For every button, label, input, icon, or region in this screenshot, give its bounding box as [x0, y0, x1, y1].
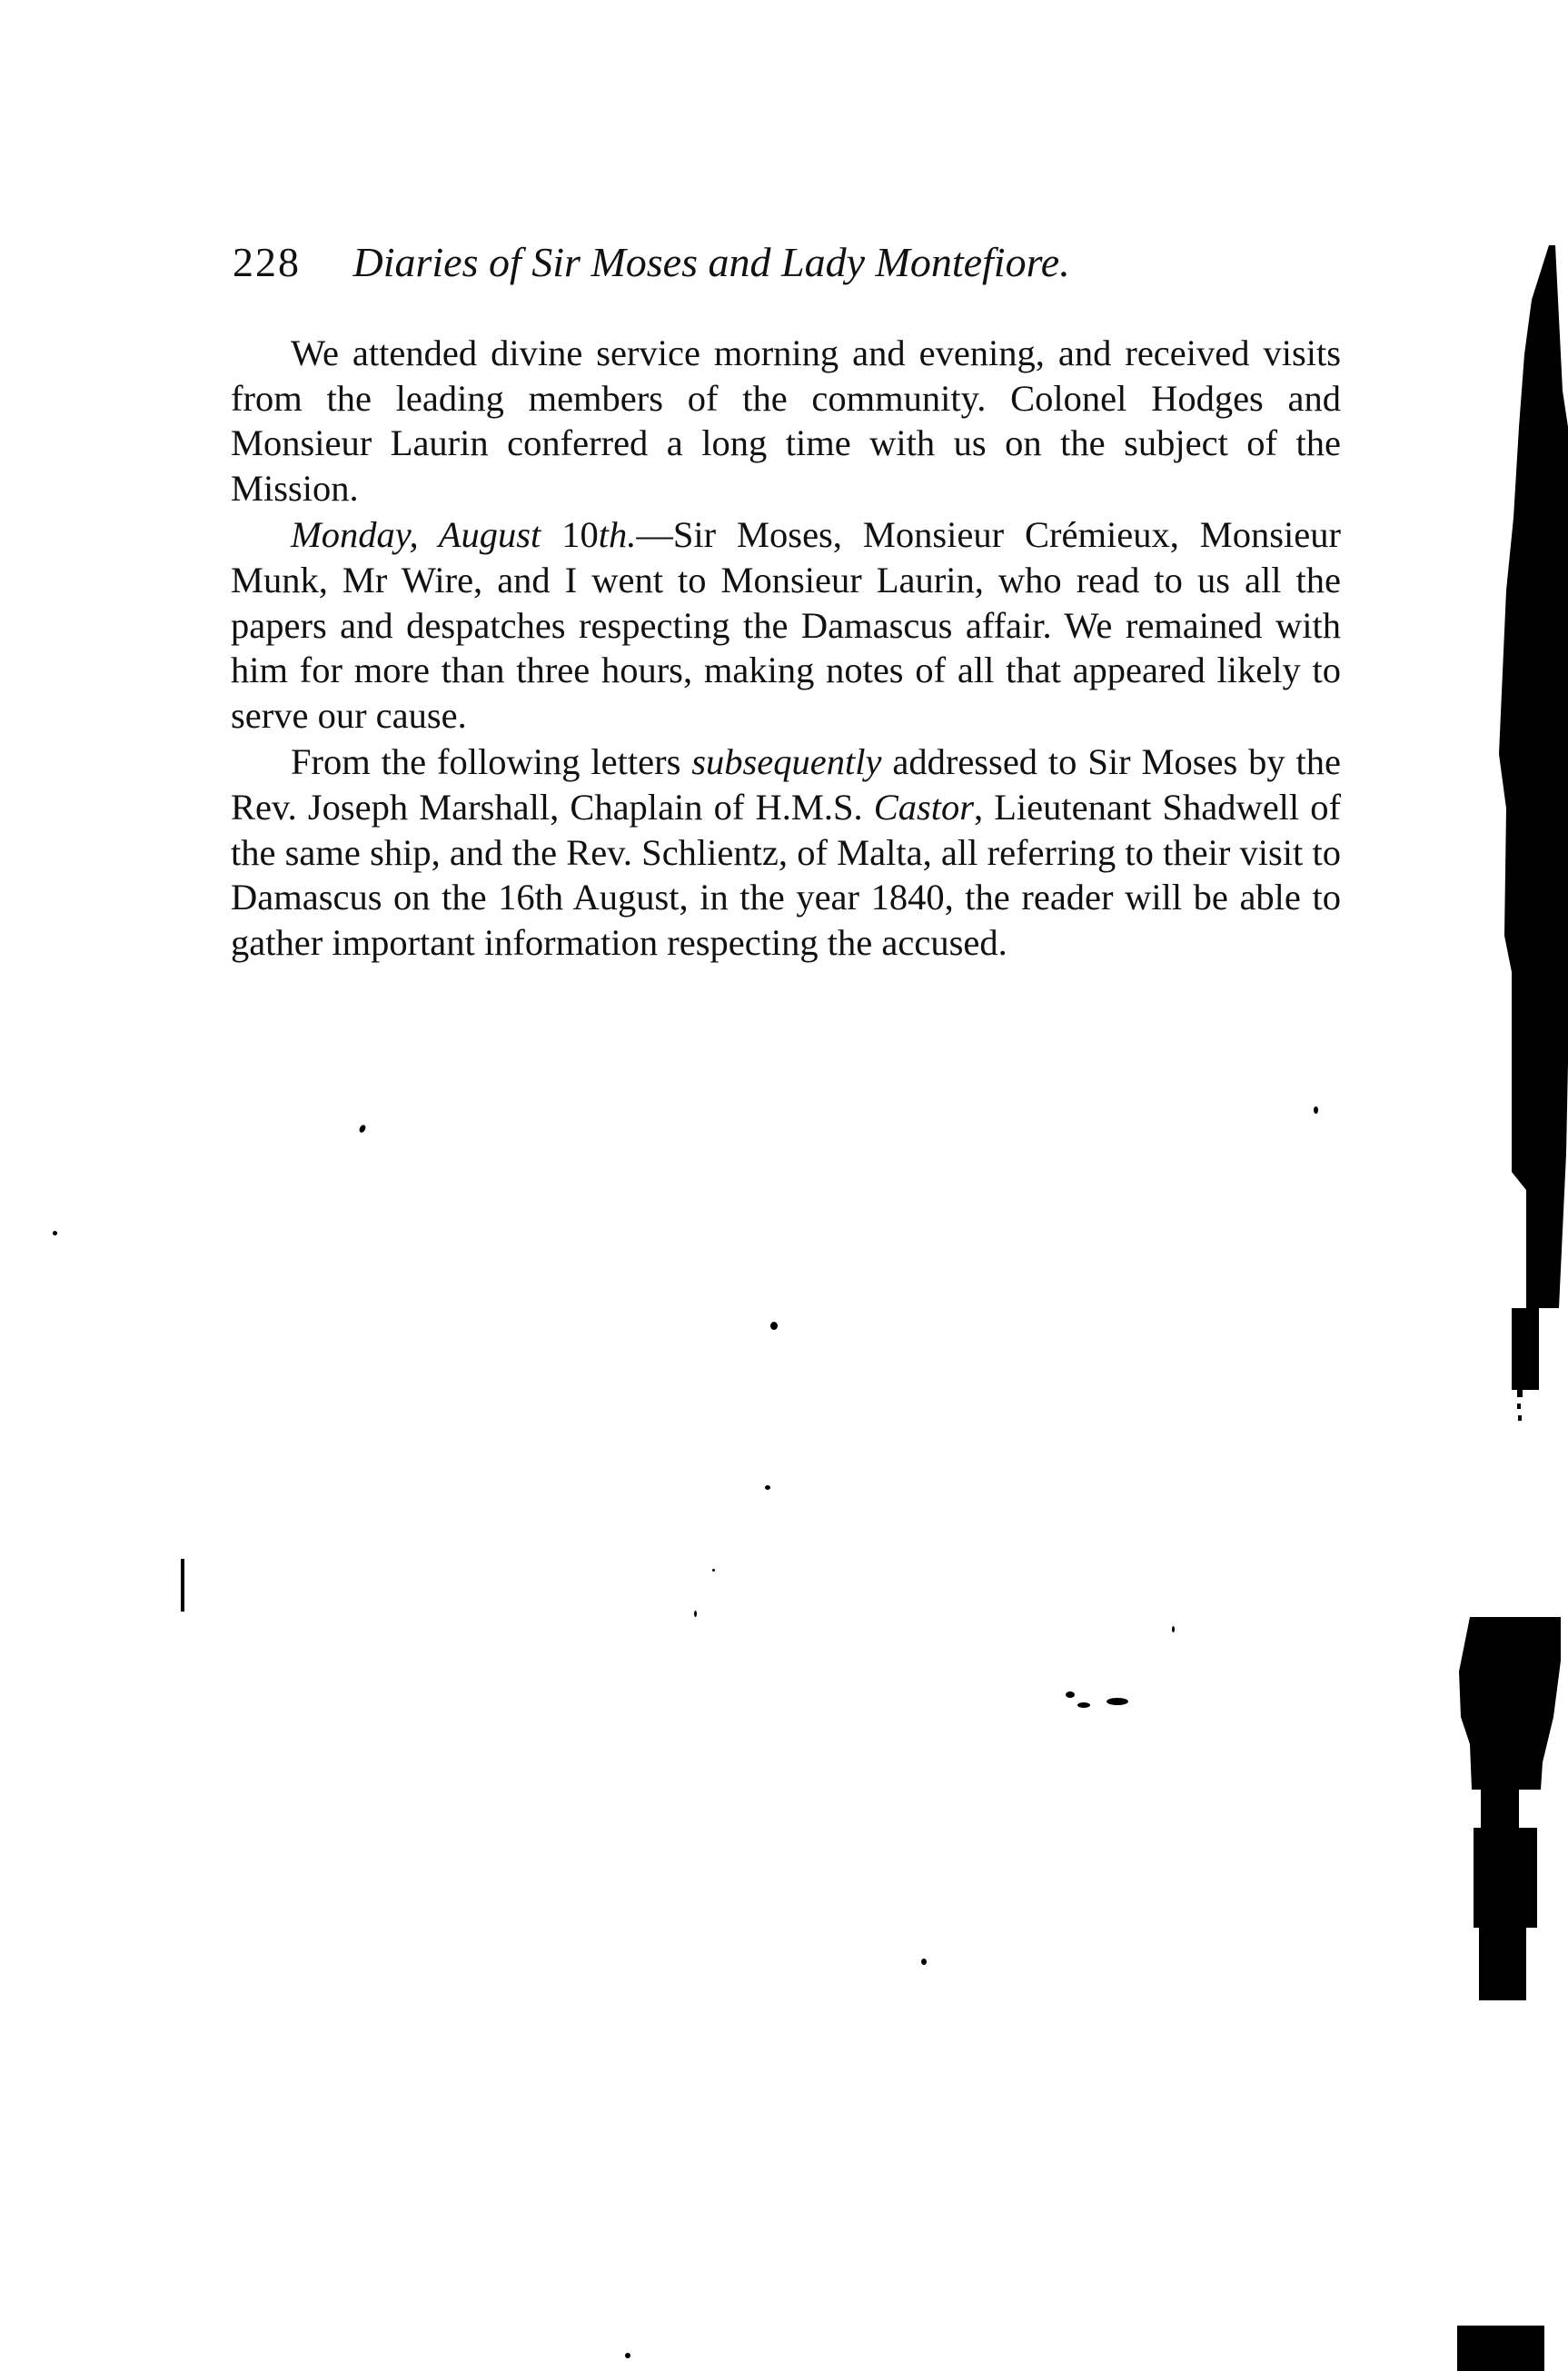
paragraph: Monday, August 10th.—Sir Moses, Monsieur… — [231, 512, 1341, 738]
text-segment: We attended divine service morning and e… — [231, 332, 1341, 509]
scan-edge-shadow-upper — [1472, 245, 1568, 1426]
emphasis-italic: subsequently — [691, 741, 881, 782]
scan-speck — [1066, 1691, 1075, 1698]
scan-speck — [1107, 1698, 1128, 1705]
ship-name-italic: Castor — [874, 787, 974, 828]
paragraph: From the following letters subsequently … — [231, 739, 1341, 965]
body-text: We attended divine service morning and e… — [231, 331, 1341, 965]
scan-speck — [921, 1959, 927, 1965]
scan-speck — [694, 1611, 697, 1617]
scan-edge-shadow-lower — [1454, 1617, 1568, 2371]
scan-speck — [1172, 1626, 1175, 1632]
scan-speck — [712, 1569, 715, 1572]
running-title: Diaries of Sir Moses and Lady Montefiore… — [353, 239, 1070, 285]
scan-speck — [358, 1124, 367, 1134]
running-header: 228 Diaries of Sir Moses and Lady Montef… — [233, 238, 1070, 286]
date-italic: Monday, August — [291, 514, 541, 555]
scan-speck — [765, 1485, 770, 1490]
scan-speck — [53, 1231, 57, 1235]
scan-mark-left — [181, 1559, 184, 1612]
scan-speck — [1077, 1702, 1090, 1708]
text-segment: 10 — [541, 514, 598, 555]
paragraph: We attended divine service morning and e… — [231, 331, 1341, 511]
ordinal-italic: th. — [599, 514, 637, 555]
scanned-book-page: 228 Diaries of Sir Moses and Lady Montef… — [0, 0, 1568, 2371]
scan-speck — [770, 1322, 778, 1330]
page-number: 228 — [233, 239, 301, 285]
scan-speck — [625, 2353, 630, 2358]
scan-speck — [1314, 1106, 1318, 1114]
text-segment: From the following letters — [291, 741, 691, 782]
